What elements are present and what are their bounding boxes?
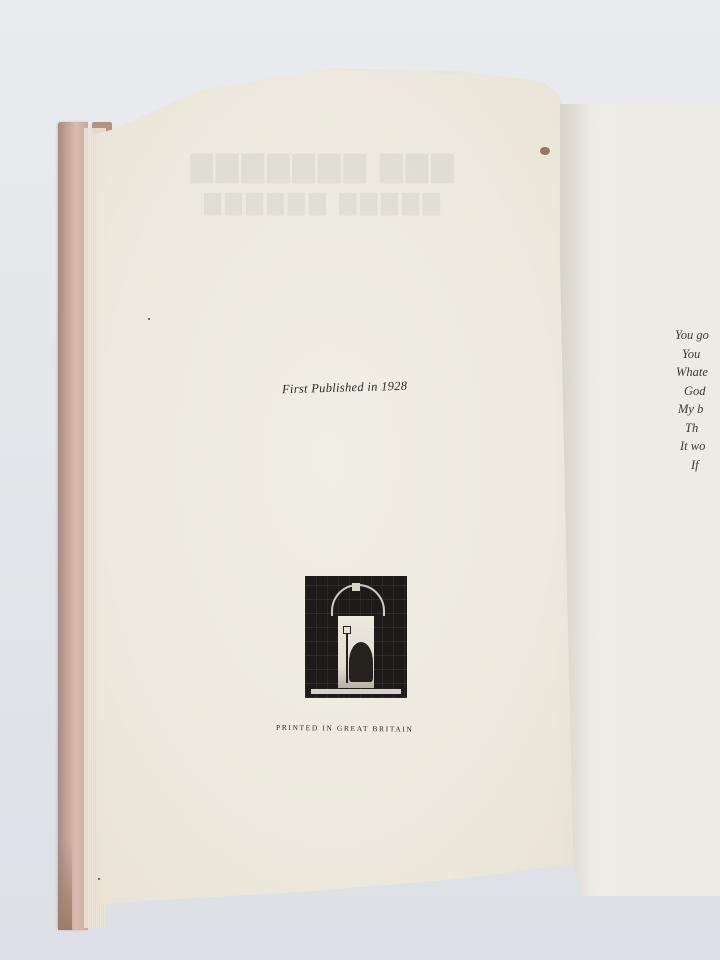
paper-speck bbox=[98, 878, 100, 880]
woodcut-step bbox=[311, 689, 401, 694]
right-page bbox=[560, 104, 720, 896]
bleed-through-line: ▇▇▇▇▇ ▇▇▇▇▇▇ bbox=[145, 190, 495, 216]
woodcut-archway-icon bbox=[305, 576, 407, 698]
poem-line: My b bbox=[675, 400, 720, 419]
book-photo: ▇▇▇ ▇▇▇▇▇▇▇ ▇▇▇▇▇ ▇▇▇▇▇▇ First Published… bbox=[0, 0, 720, 960]
woodcut-tree bbox=[349, 642, 373, 682]
poem-line: It wo bbox=[675, 437, 720, 456]
cover-wear-spot bbox=[540, 147, 550, 155]
poem-line: Whate bbox=[675, 363, 720, 382]
woodcut-keystone bbox=[352, 583, 360, 591]
woodcut-lamp bbox=[343, 626, 351, 634]
poem-line: God bbox=[675, 382, 720, 401]
paper-speck bbox=[148, 318, 150, 320]
poem-line: You go bbox=[675, 326, 720, 345]
woodcut-lamppost bbox=[346, 631, 348, 683]
poem-line: You bbox=[675, 345, 720, 364]
poem-excerpt: You go You Whate God My b Th It wo If bbox=[675, 326, 720, 474]
poem-line: Th bbox=[675, 419, 720, 438]
poem-line: If bbox=[675, 456, 720, 475]
bleed-through-title: ▇▇▇ ▇▇▇▇▇▇▇ ▇▇▇▇▇ ▇▇▇▇▇▇ bbox=[145, 150, 495, 240]
bleed-through-line: ▇▇▇ ▇▇▇▇▇▇▇ bbox=[145, 150, 495, 184]
